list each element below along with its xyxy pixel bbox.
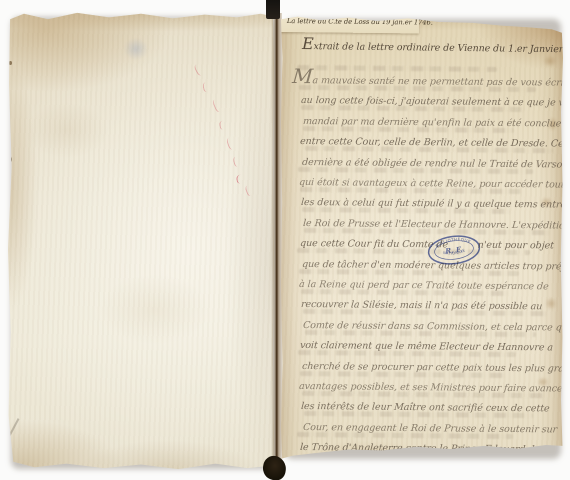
red-ink-mark (236, 174, 247, 184)
bleedthrough-line (298, 350, 516, 357)
bleedthrough-line (299, 85, 536, 92)
binding-seam (271, 13, 282, 463)
bleedthrough-line (303, 126, 514, 133)
left-page (8, 11, 274, 470)
red-ink-mark (219, 120, 228, 130)
red-ink-mark (193, 63, 205, 77)
bleedthrough-line (303, 309, 547, 316)
bleedthrough-line (302, 207, 511, 214)
edge-speck (9, 61, 12, 65)
manuscript-scan: La lettre du C.te de Loss du 19 jan.er 1… (0, 0, 570, 480)
red-ink-mark (226, 137, 237, 151)
bleedthrough-line (297, 65, 497, 72)
bleedthrough-line (301, 289, 508, 296)
binding-clip (266, 0, 280, 19)
paper-grain (8, 11, 274, 470)
bleedthrough-line (304, 411, 533, 418)
red-ink-mark (202, 81, 212, 92)
red-ink-mark (244, 184, 255, 197)
bleedthrough-line (305, 146, 553, 153)
bleedthrough-line (300, 187, 522, 194)
letter-body: Ma mauvaise santé ne me permettant pas d… (281, 13, 563, 463)
red-ink-mark (232, 156, 241, 167)
ink-bleedthrough-smudge (124, 38, 148, 60)
red-ink-mark (212, 98, 224, 113)
bleedthrough-line (297, 248, 530, 255)
right-page: La lettre du C.te de Loss du 19 jan.er 1… (281, 13, 563, 463)
bleedthrough-line (301, 105, 525, 112)
paper-crease (5, 418, 20, 444)
